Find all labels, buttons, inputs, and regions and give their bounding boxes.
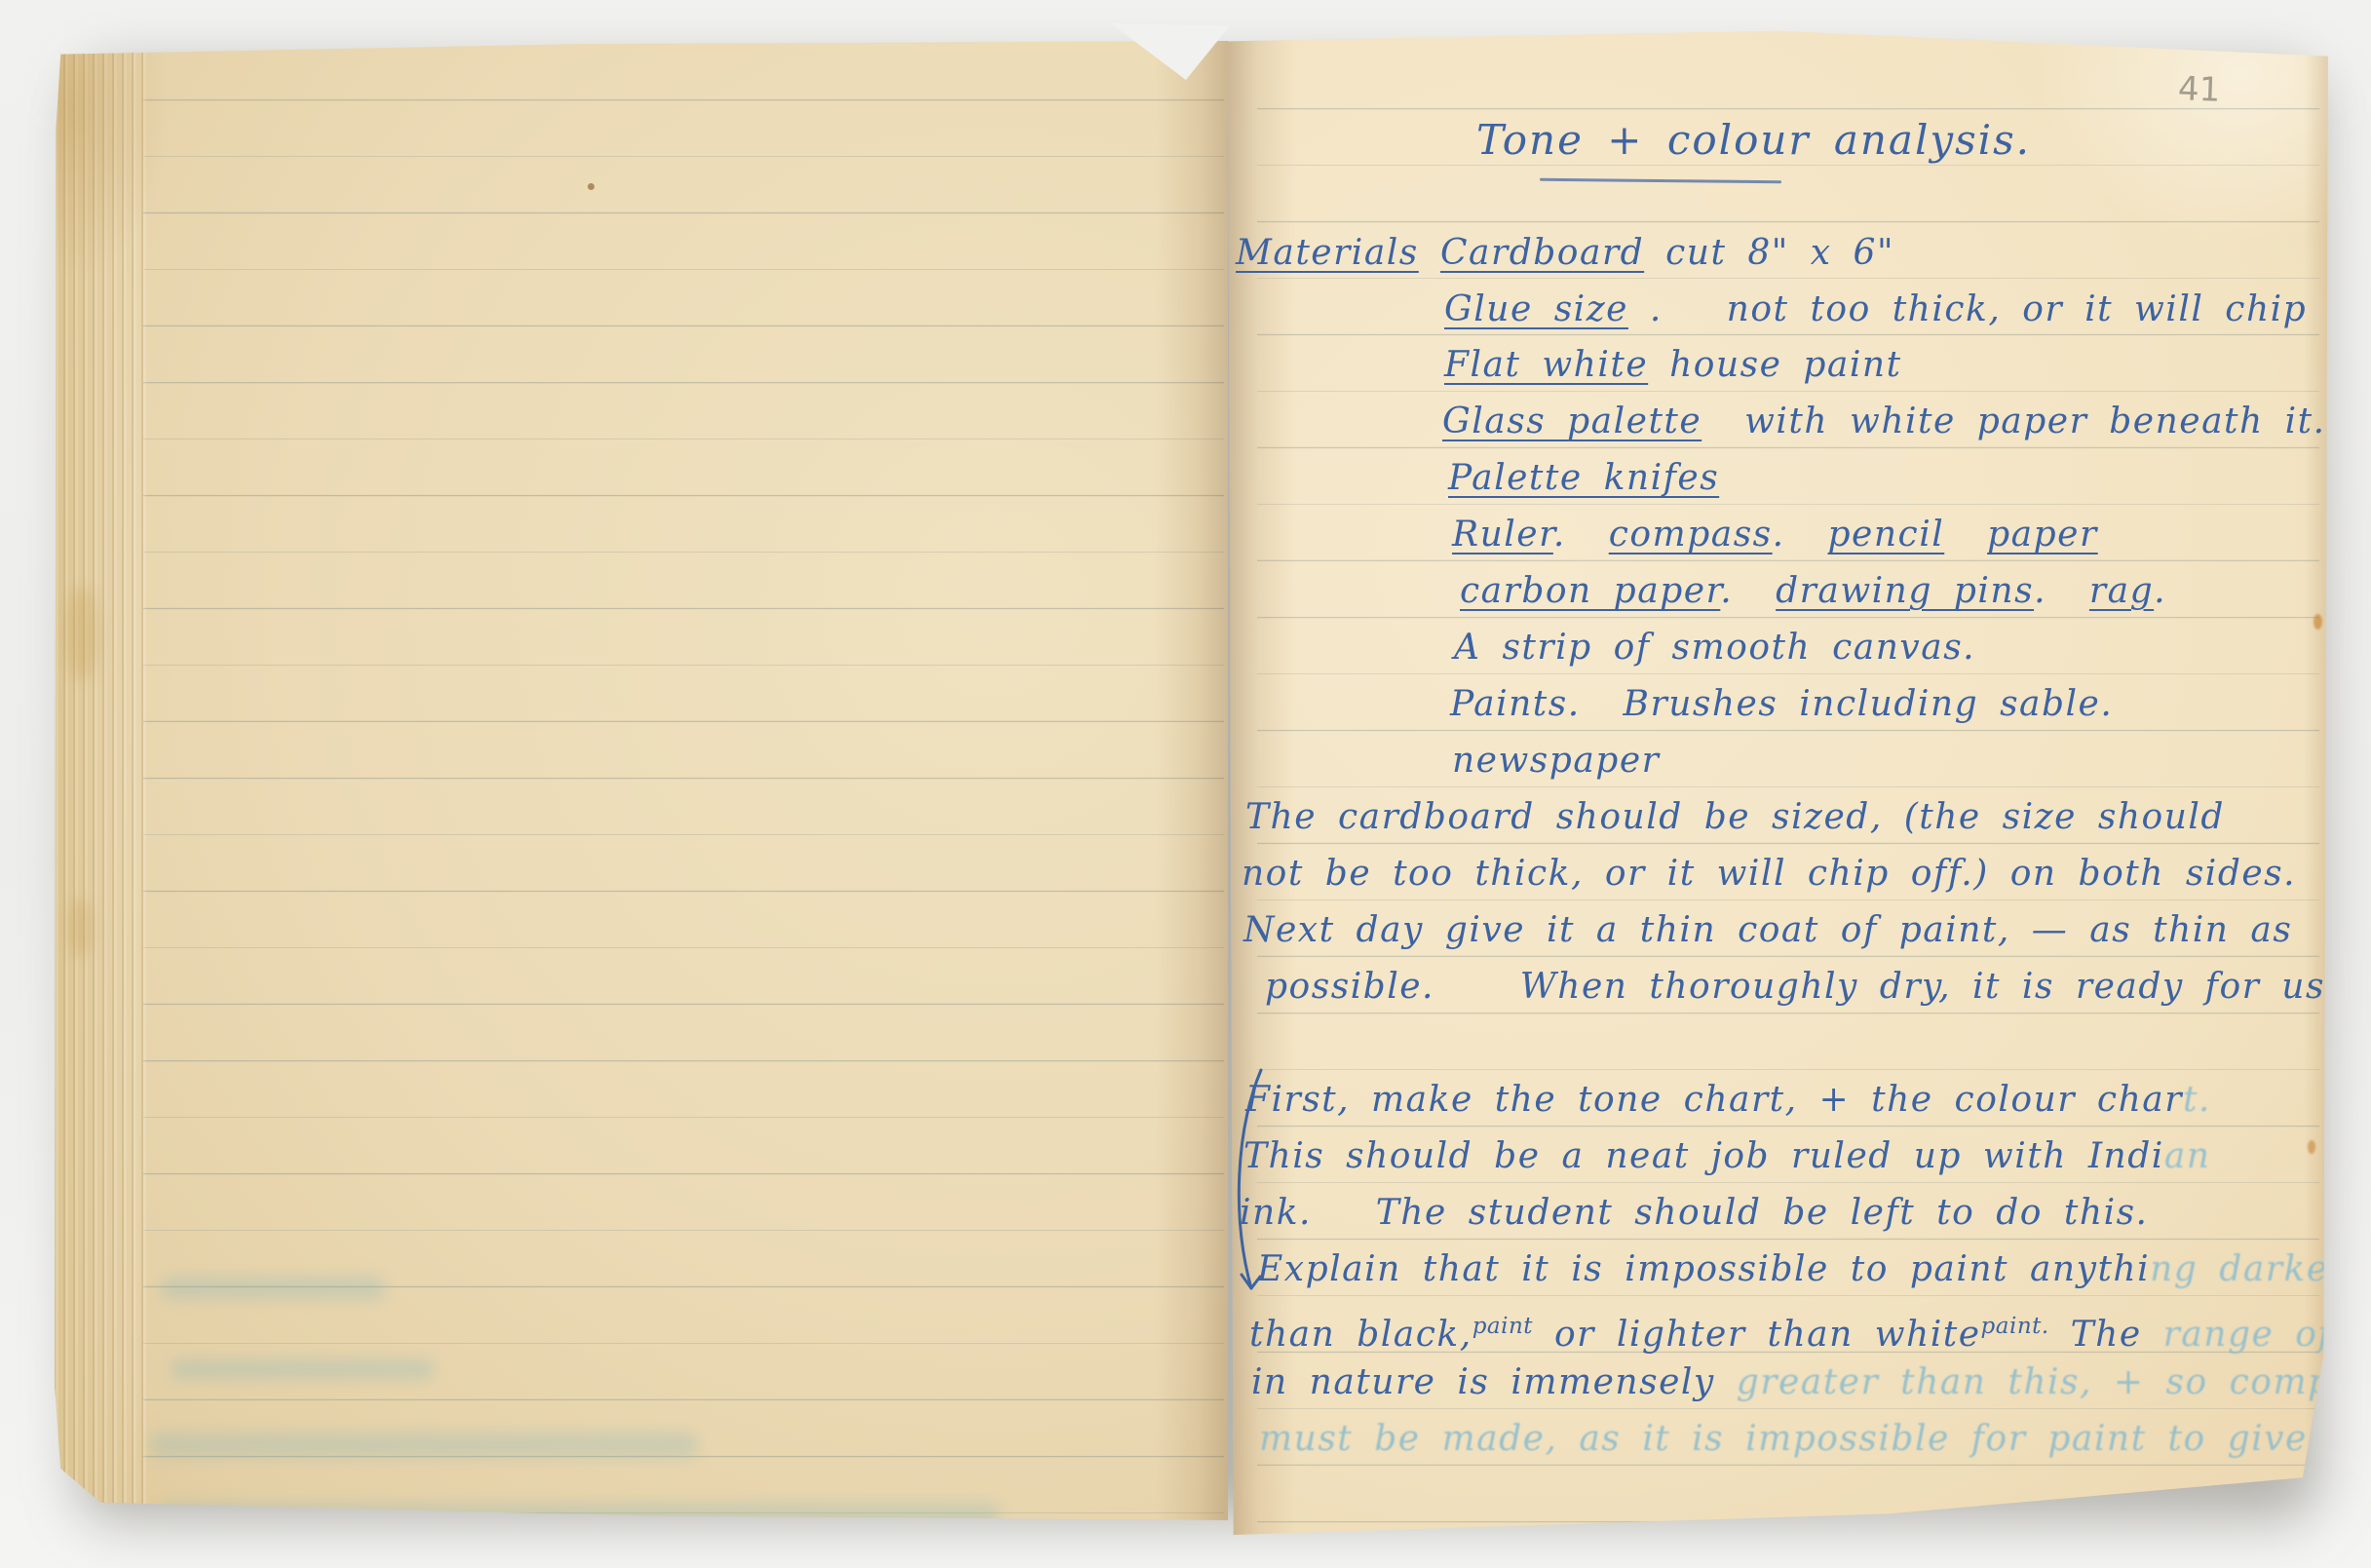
materials-item: Cardboard cut 8" x 6": [1440, 229, 1894, 278]
ink-offset-smudge: [171, 1358, 434, 1380]
paragraph-line: ink. The student should be left to do th…: [1240, 1189, 2149, 1238]
paragraph-line: The cardboard should be sized, (the size…: [1245, 793, 2225, 842]
note-title: Tone + colour analysis.: [1476, 116, 2031, 165]
paragraph-line: This should be a neat job ruled up with …: [1243, 1132, 2210, 1181]
materials-item: A strip of smooth canvas.: [1454, 624, 1975, 672]
materials-heading: Materials: [1236, 229, 1419, 278]
paragraph-line: in nature is immensely greater than this…: [1251, 1358, 2329, 1407]
materials-item: carbon paper. drawing pins. rag.: [1460, 567, 2166, 616]
paragraph-line: Next day give it a thin coat of paint, —…: [1243, 906, 2292, 955]
paper-stain: [67, 899, 93, 957]
materials-item: Glue size . not too thick, or it will ch…: [1444, 286, 2329, 334]
paper-speck: [588, 183, 594, 190]
paragraph-line: must be made, as it is impossible for pa…: [1259, 1415, 2329, 1464]
paper-speck: [2308, 1140, 2315, 1154]
right-page: 41 Tone + colour analysis. Materials Car…: [1228, 29, 2329, 1535]
paper-stain: [65, 587, 98, 680]
materials-item: newspaper: [1452, 737, 1660, 785]
paper-speck: [2314, 614, 2322, 630]
corner-stain: [54, 41, 219, 372]
paragraph-line: Explain that it is impossible to paint a…: [1257, 1245, 2329, 1294]
ink-offset-smudge: [151, 1433, 697, 1458]
materials-item: Flat white house paint: [1444, 341, 1902, 390]
ink-offset-smudge: [161, 1277, 385, 1300]
left-page: [54, 41, 1228, 1520]
paragraph-line: possible. When thoroughly dry, it is rea…: [1265, 963, 2329, 1012]
photo-background: 41 Tone + colour analysis. Materials Car…: [0, 0, 2371, 1568]
materials-item: Glass palette with white paper beneath i…: [1442, 398, 2326, 446]
materials-item: Palette knifes: [1448, 454, 1719, 503]
left-gutter-shadow: [1155, 41, 1228, 1520]
paragraph-line: not be too thick, or it will chip off.) …: [1242, 850, 2296, 899]
paragraph-line: First, make the tone chart, + the colour…: [1245, 1076, 2211, 1125]
paragraph-line: than black,paint or lighter than whitepa…: [1249, 1302, 2329, 1359]
title-underline-stroke: [1540, 178, 1781, 184]
page-number: 41: [2177, 69, 2221, 109]
materials-item: Paints. Brushes including sable.: [1450, 680, 2113, 729]
materials-item: Ruler. compass. pencil paper: [1452, 511, 2098, 559]
